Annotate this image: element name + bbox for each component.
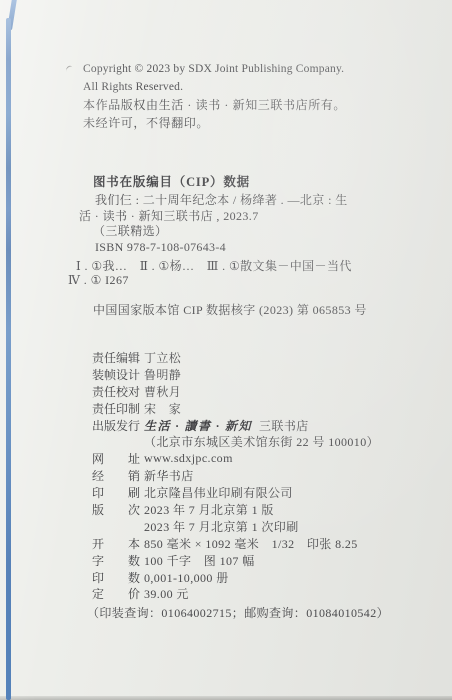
colophon-row-format: 开本 850 毫米 × 1092 毫米 1/32 印张 8.25 [92,535,432,552]
colophon-row-edition: 版次 2023 年 7 月北京第 1 版 [92,501,432,518]
colophon-row-wordcount: 字数 100 千字 图 107 幅 [92,552,432,569]
isbn-line: ISBN 978-7-108-07643-4 [68,240,348,256]
colophon-label: 经销 [92,467,140,484]
book-cover-edge [6,18,11,700]
copyright-english-line2: All Rights Reserved. [83,78,346,96]
colophon-value: 2023 年 7 月北京第 1 次印刷 [144,518,299,535]
colophon-value: 生活 · 讀書 · 新知三联书店 [144,417,309,434]
colophon-label: 版次 [92,501,140,518]
sdx-logo-text: 生活 · 讀書 · 新知 [144,419,252,433]
colophon-value: 100 千字 图 107 幅 [144,552,255,569]
cip-classification-block: Ⅰ . ①我… Ⅱ . ①杨… Ⅲ . ①散文集－中国－当代 Ⅳ . ① I26… [68,260,352,287]
publisher-name: 三联书店 [259,419,309,433]
inquiry-phone-note: （印装查询：01064002715；邮购查询：01084010542） [87,604,389,621]
colophon-row-website: 网址 www.sdxjpc.com [92,450,432,467]
colophon-row-printer: 印刷 北京隆昌伟业印刷有限公司 [92,484,432,501]
cip-series-line: （三联精选） [68,224,348,240]
colophon-label: 网址 [92,450,140,467]
cip-entry-block: 我们仨 : 二十周年纪念本 / 杨绛著 . —北京 : 生 活 · 读书 · 新… [68,193,348,255]
cip-classification-line2: Ⅳ . ① I267 [68,274,352,288]
cip-title-line: 我们仨 : 二十周年纪念本 / 杨绛著 . —北京 : 生 [68,193,348,209]
colophon-label: 出版发行 [92,417,140,434]
copyright-block: Copyright © 2023 by SDX Joint Publishing… [83,60,346,132]
colophon-label: 责任编辑 [92,349,140,366]
colophon-row-publisher-address: （北京市东城区美术馆东街 22 号 100010） [92,433,432,450]
colophon-label: 装帧设计 [92,366,140,383]
colophon-value: 丁立松 [144,349,181,366]
colophon-label: 字数 [92,552,140,569]
colophon-value: 宋 家 [144,400,181,417]
colophon-label: 印数 [92,569,140,586]
colophon-value: 0,001-10,000 册 [144,569,229,586]
cip-classification-line1: Ⅰ . ①我… Ⅱ . ①杨… Ⅲ . ①散文集－中国－当代 [68,260,352,274]
colophon-label: 责任校对 [92,383,140,400]
book-copyright-page-photo: Copyright © 2023 by SDX Joint Publishing… [0,0,452,700]
copyright-english-line1: Copyright © 2023 by SDX Joint Publishing… [83,60,346,78]
colophon-row-printing: 2023 年 7 月北京第 1 次印刷 [92,518,432,535]
colophon-row-proofreader: 责任校对 曹秋月 [92,383,432,400]
cip-publisher-line: 活 · 读书 · 新知三联书店 , 2023.7 [68,209,348,225]
colophon-block: 责任编辑 丁立松 装帧设计 鲁明静 责任校对 曹秋月 责任印制 宋 家 出版发行… [92,349,432,602]
colophon-value: 新华书店 [144,467,194,484]
colophon-row-print-run: 印数 0,001-10,000 册 [92,569,432,586]
copyright-chinese-line1: 本作品版权由生活 · 读书 · 新知三联书店所有。 [83,96,346,114]
colophon-value: 北京隆昌伟业印刷有限公司 [144,484,293,501]
colophon-row-editor: 责任编辑 丁立松 [92,349,432,366]
colophon-row-designer: 装帧设计 鲁明静 [92,366,432,383]
publisher-address: （北京市东城区美术馆东街 22 号 100010） [144,433,379,450]
cip-heading: 图书在版编目（CIP）数据 [93,172,250,190]
colophon-value: 39.00 元 [144,585,189,602]
page-bottom-edge [0,696,452,700]
copyright-chinese-line2: 未经许可，不得翻印。 [83,114,346,132]
colophon-label: 定价 [92,585,140,602]
colophon-row-price: 定价 39.00 元 [92,585,432,602]
colophon-label: 责任印制 [92,400,140,417]
colophon-label: 印刷 [92,484,140,501]
colophon-value: 850 毫米 × 1092 毫米 1/32 印张 8.25 [144,535,358,552]
colophon-value: 鲁明静 [144,366,181,383]
colophon-label: 开本 [92,535,140,552]
stray-ink-mark [65,65,74,74]
cip-registry-line: 中国国家版本馆 CIP 数据核字 (2023) 第 065853 号 [93,301,367,318]
colophon-row-publisher: 出版发行 生活 · 讀書 · 新知三联书店 [92,417,432,434]
colophon-value: 2023 年 7 月北京第 1 版 [144,501,274,518]
publisher-website: www.sdxjpc.com [144,451,233,466]
colophon-row-print-supervisor: 责任印制 宋 家 [92,400,432,417]
colophon-row-distributor: 经销 新华书店 [92,467,432,484]
colophon-value: 曹秋月 [144,383,181,400]
